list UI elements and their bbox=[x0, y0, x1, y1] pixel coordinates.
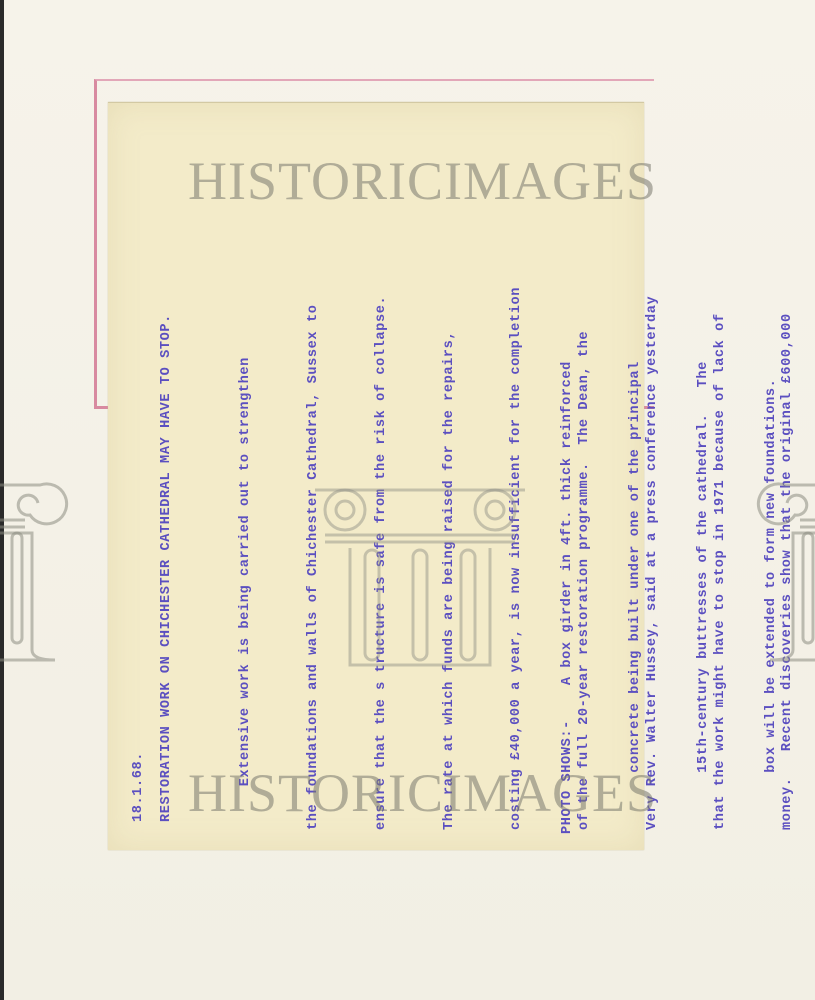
body-line: Extensive work is being carried out to s… bbox=[235, 261, 258, 830]
caption-date: 18.1.68. bbox=[128, 752, 151, 822]
caption-line: 15th-century buttresses of the cathedral… bbox=[693, 361, 716, 834]
caption-line: concrete being built under one of the pr… bbox=[625, 361, 648, 834]
body-line: ensure that the s tructure is safe from … bbox=[371, 261, 394, 830]
typewritten-caption: 18.1.68. RESTORATION WORK ON CHICHESTER … bbox=[108, 101, 644, 848]
photo-shows-caption: PHOTO SHOWS:- A box girder in 4ft. thick… bbox=[512, 361, 815, 834]
caption-headline: RESTORATION WORK ON CHICHESTER CATHEDRAL… bbox=[156, 314, 179, 822]
caption-line: box will be extended to form new foundat… bbox=[761, 361, 784, 834]
caption-line: PHOTO SHOWS:- A box girder in 4ft. thick… bbox=[557, 361, 580, 834]
scan-edge bbox=[0, 0, 4, 1000]
body-line: The rate at which funds are being raised… bbox=[439, 261, 462, 830]
body-line: the foundations and walls of Chichester … bbox=[303, 261, 326, 830]
